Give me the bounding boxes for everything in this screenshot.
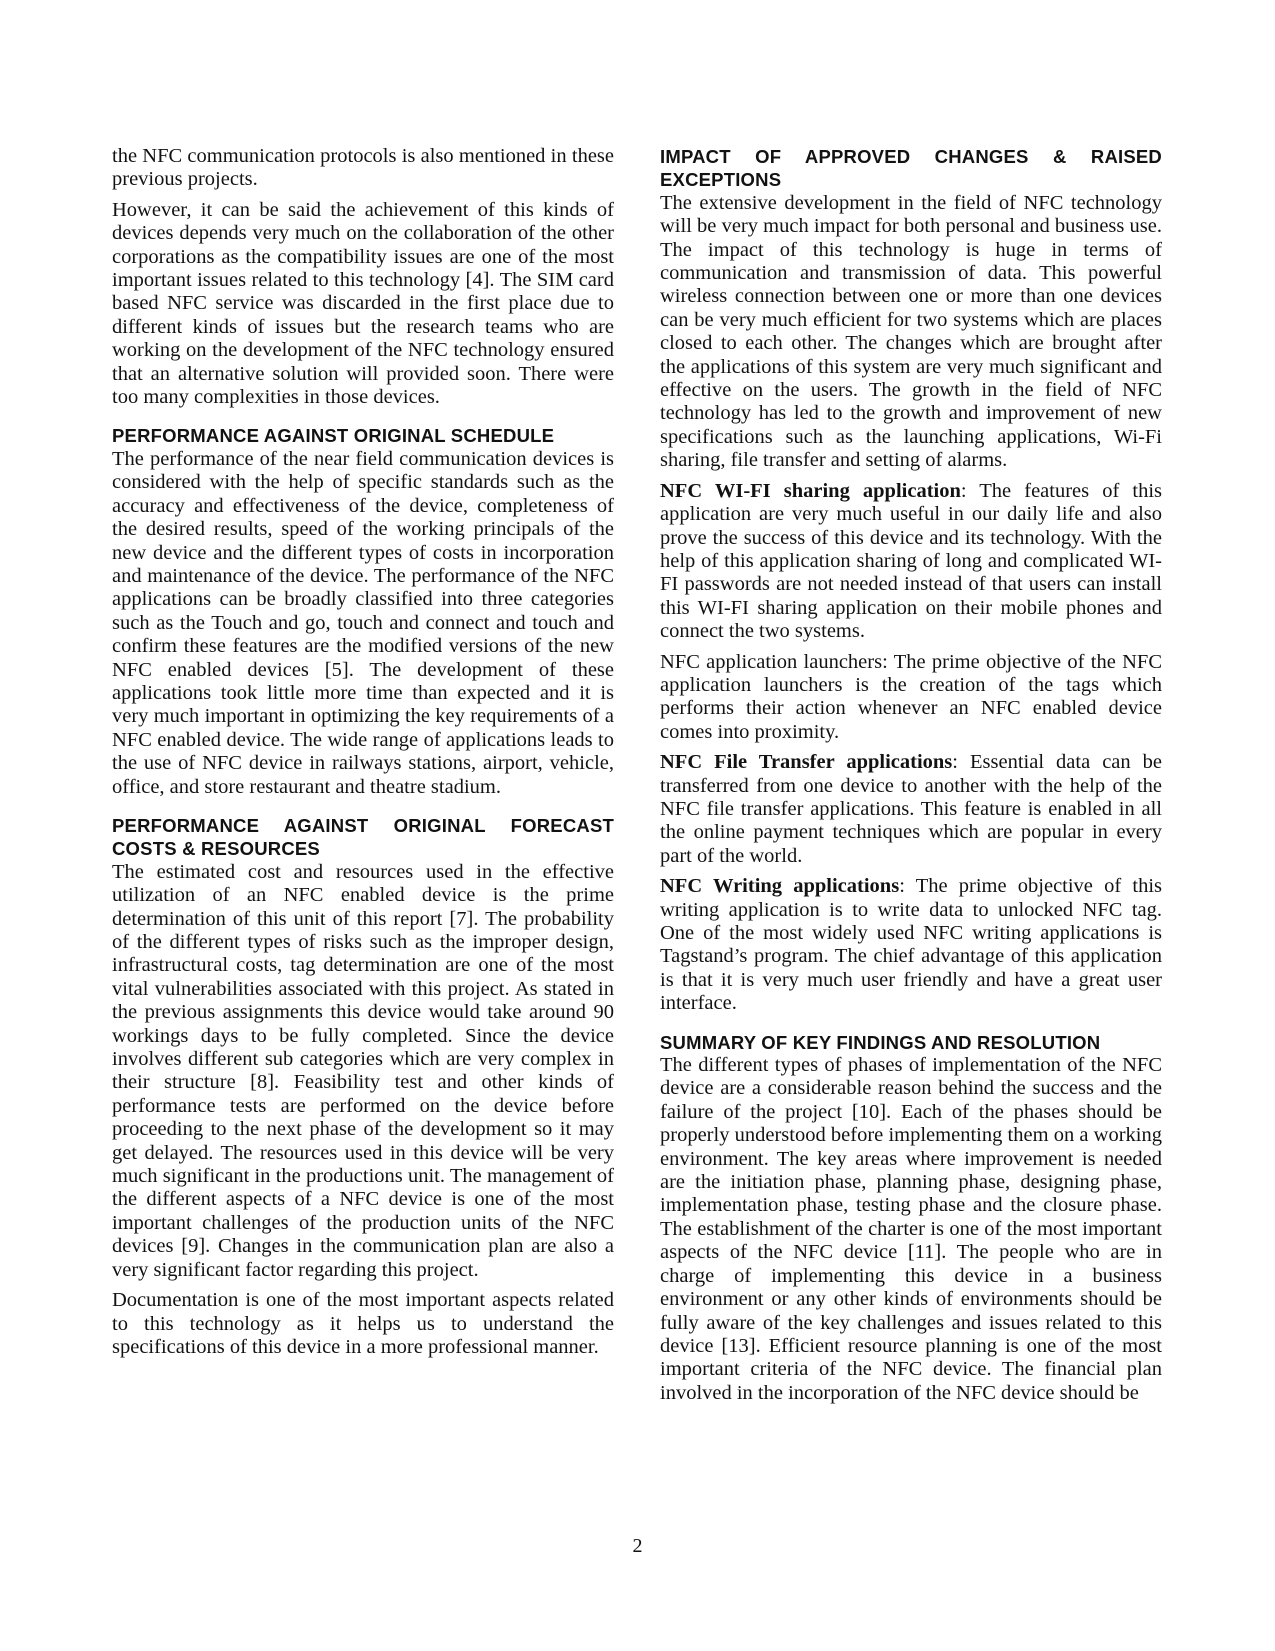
section-heading: PERFORMANCE AGAINST ORIGINAL FORECAST CO…	[112, 814, 614, 861]
text-run: However, it can be said the achievement …	[112, 199, 614, 408]
right-column: IMPACT OF APPROVED CHANGES & RAISED EXCE…	[660, 145, 1162, 1405]
text-run: The extensive development in the field o…	[660, 192, 1162, 471]
bold-run: NFC WI-FI sharing application	[660, 480, 961, 502]
text-run: the NFC communication protocols is also …	[112, 145, 614, 190]
paragraph: The estimated cost and resources used in…	[112, 861, 614, 1282]
section-heading: PERFORMANCE AGAINST ORIGINAL SCHEDULE	[112, 424, 614, 447]
paragraph: NFC File Transfer applications: Essentia…	[660, 751, 1162, 868]
paragraph: The performance of the near field commun…	[112, 448, 614, 799]
page-number: 2	[0, 1535, 1275, 1558]
paragraph: The different types of phases of impleme…	[660, 1054, 1162, 1405]
bold-run: NFC Writing applications	[660, 875, 899, 897]
text-run: The estimated cost and resources used in…	[112, 861, 614, 1281]
text-run: The different types of phases of impleme…	[660, 1054, 1162, 1404]
paragraph: the NFC communication protocols is also …	[112, 145, 614, 192]
section-heading: SUMMARY OF KEY FINDINGS AND RESOLUTION	[660, 1031, 1162, 1054]
paragraph: NFC Writing applications: The prime obje…	[660, 875, 1162, 1015]
text-run: : The features of this application are v…	[660, 480, 1162, 642]
section-heading: IMPACT OF APPROVED CHANGES & RAISED EXCE…	[660, 145, 1162, 192]
text-run: Documentation is one of the most importa…	[112, 1289, 614, 1358]
paragraph: NFC WI-FI sharing application: The featu…	[660, 480, 1162, 644]
bold-run: NFC File Transfer applications	[660, 751, 952, 773]
text-run: The performance of the near field commun…	[112, 448, 614, 798]
paragraph: NFC application launchers: The prime obj…	[660, 651, 1162, 745]
left-column: the NFC communication protocols is also …	[112, 145, 614, 1359]
document-page: the NFC communication protocols is also …	[0, 0, 1275, 1651]
text-run: NFC application launchers: The prime obj…	[660, 651, 1162, 743]
paragraph: However, it can be said the achievement …	[112, 199, 614, 410]
paragraph: Documentation is one of the most importa…	[112, 1289, 614, 1359]
paragraph: The extensive development in the field o…	[660, 192, 1162, 473]
